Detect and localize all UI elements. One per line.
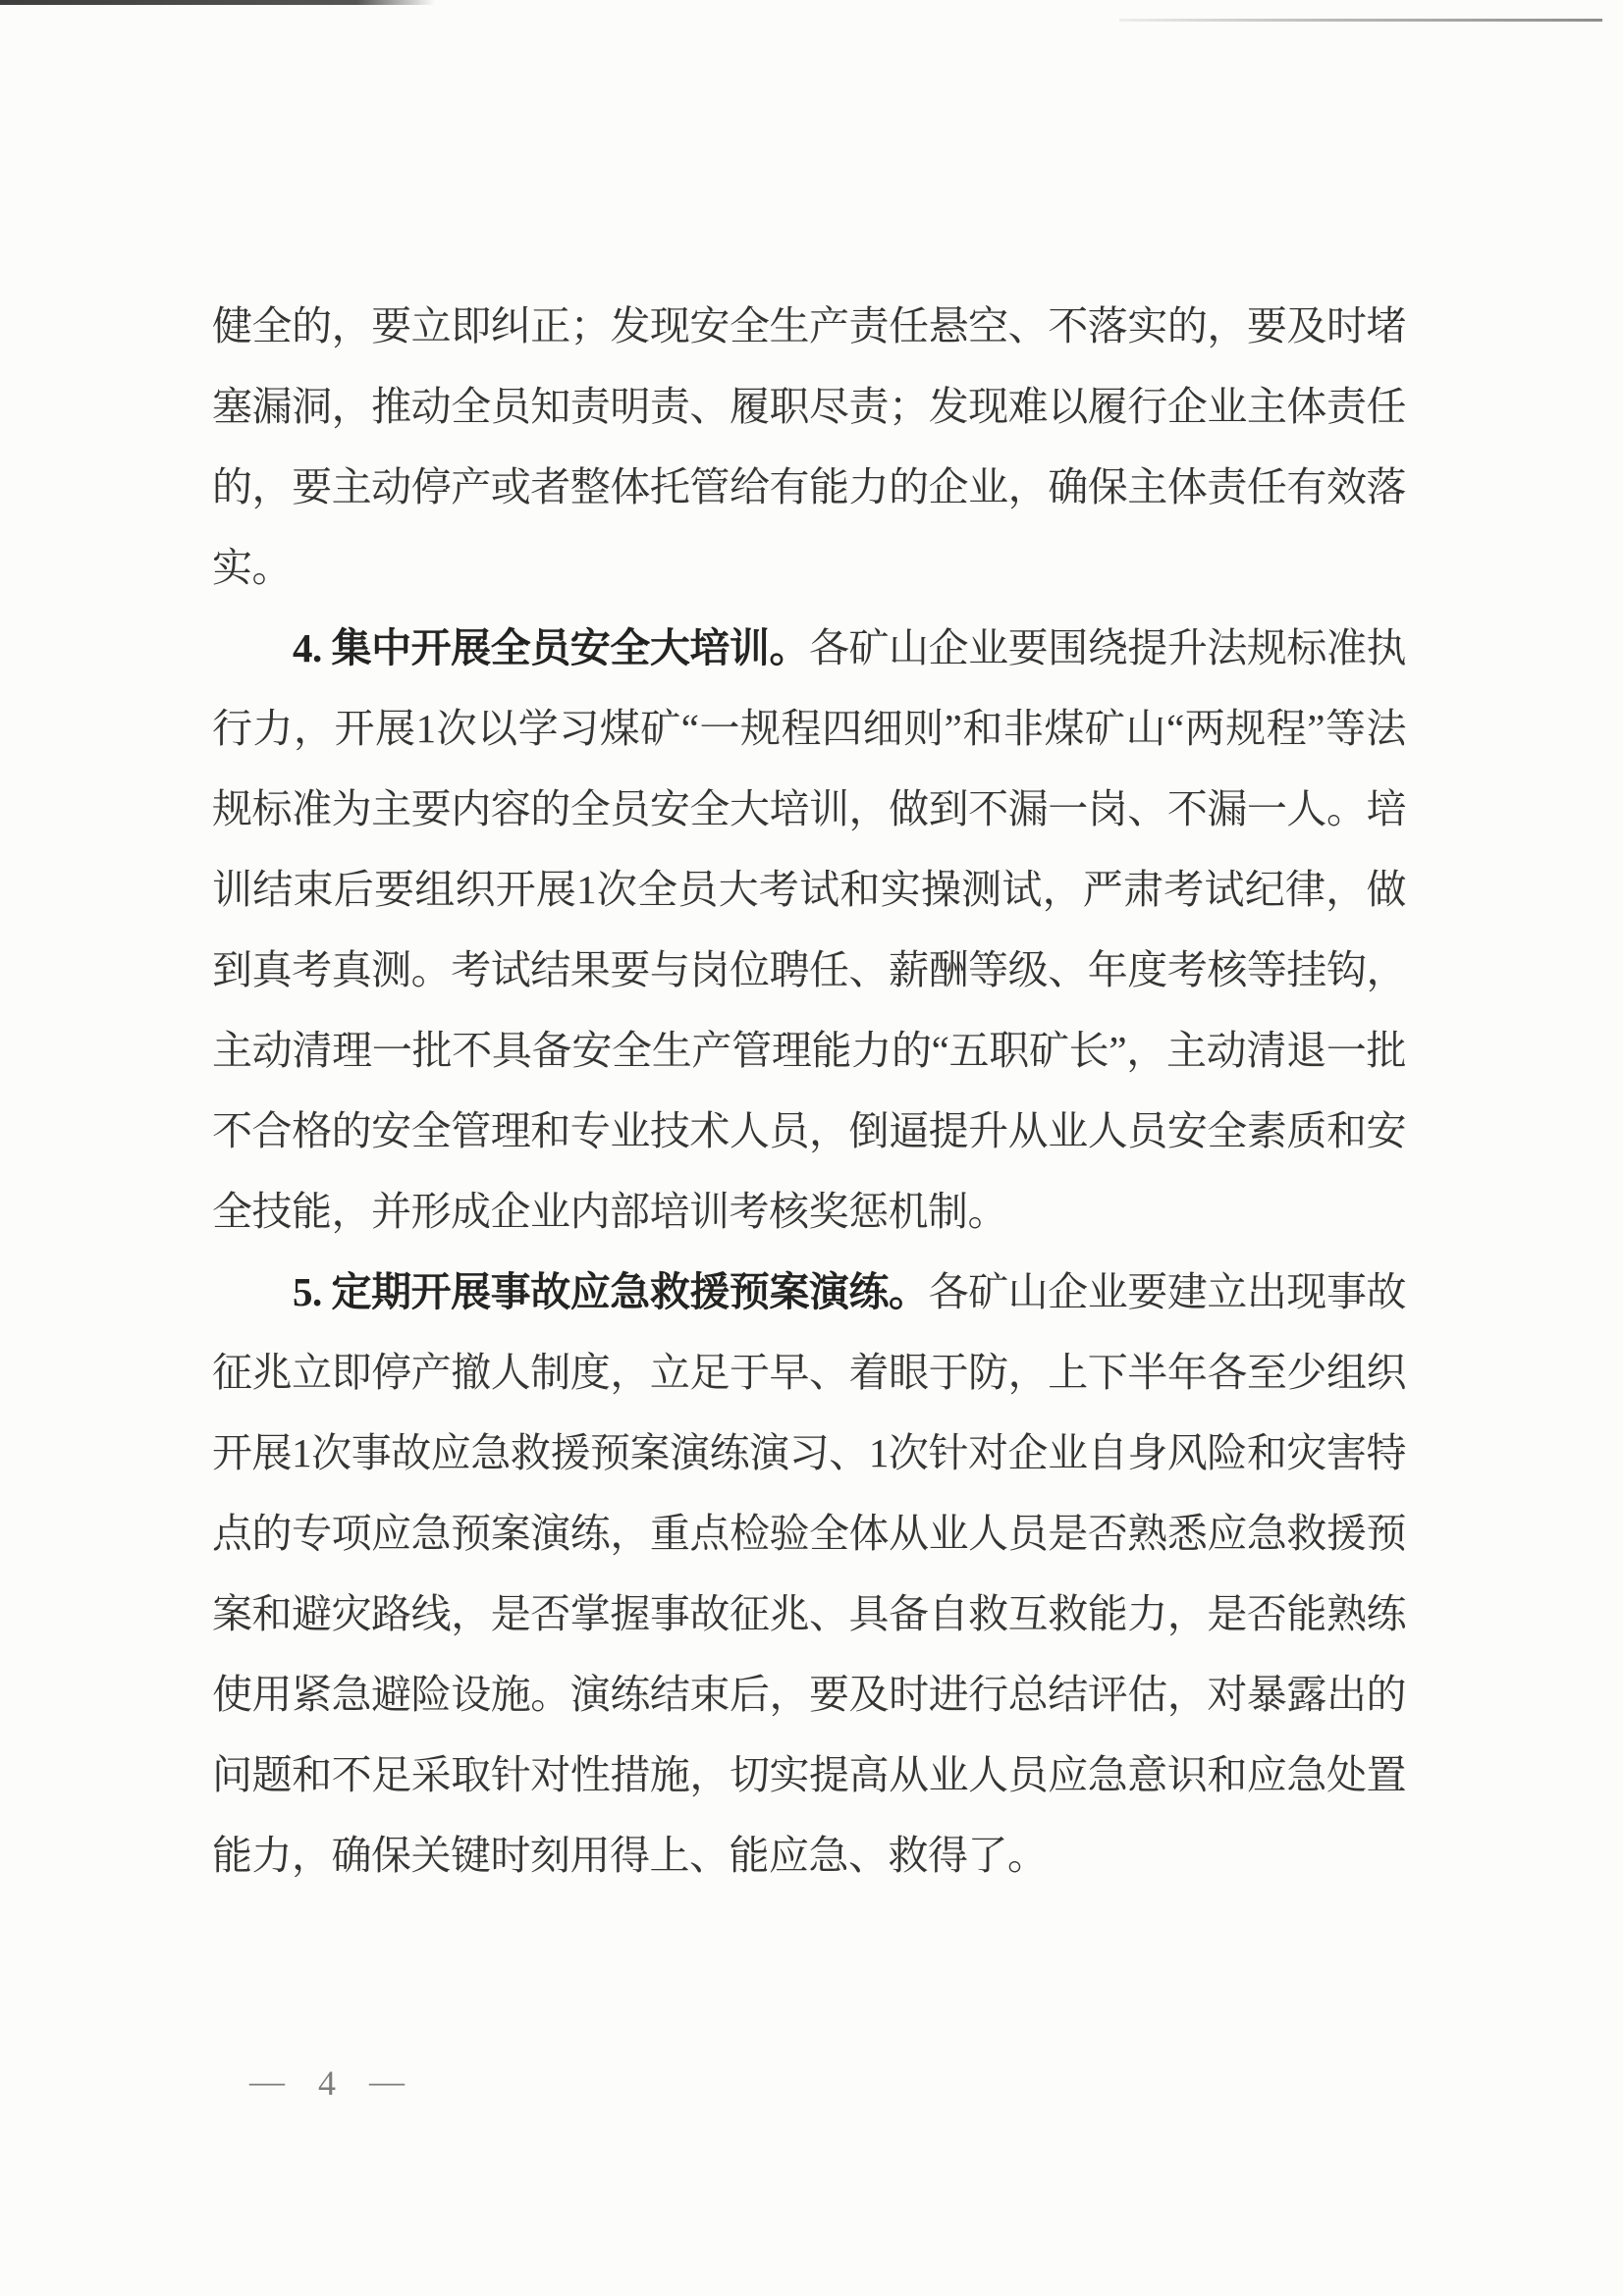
page-number: 4 bbox=[318, 2061, 336, 2105]
paragraph-item-4: 4. 集中开展全员安全大培训。各矿山企业要围绕提升法规标准执行力，开展1次以学习… bbox=[212, 608, 1406, 1252]
document-page: 健全的，要立即纠正；发现安全生产责任悬空、不落实的，要及时堵塞漏洞，推动全员知责… bbox=[0, 0, 1623, 2296]
paragraph-text: 各矿山企业要围绕提升法规标准执行力，开展1次以学习煤矿“一规程四细则”和非煤矿山… bbox=[212, 625, 1406, 1234]
page-footer: — 4 — bbox=[249, 2061, 405, 2105]
paragraph-text: 健全的，要立即纠正；发现安全生产责任悬空、不落实的，要及时堵塞漏洞，推动全员知责… bbox=[212, 303, 1406, 590]
paragraph-lead: 5. 定期开展事故应急救援预案演练。 bbox=[293, 1269, 929, 1314]
scan-artifact-line-top-right bbox=[1119, 19, 1602, 22]
document-body: 健全的，要立即纠正；发现安全生产责任悬空、不落实的，要及时堵塞漏洞，推动全员知责… bbox=[212, 286, 1406, 1896]
paragraph-item-5: 5. 定期开展事故应急救援预案演练。各矿山企业要建立出现事故征兆立即停产撤人制度… bbox=[212, 1252, 1406, 1896]
scan-artifact-line-top-left bbox=[0, 0, 435, 5]
paragraph-text: 各矿山企业要建立出现事故征兆立即停产撤人制度，立足于早、着眼于防，上下半年各至少… bbox=[212, 1269, 1406, 1878]
paragraph-lead: 4. 集中开展全员安全大培训。 bbox=[293, 625, 809, 670]
footer-dash-right: — bbox=[369, 2059, 405, 2103]
paragraph-continuation: 健全的，要立即纠正；发现安全生产责任悬空、不落实的，要及时堵塞漏洞，推动全员知责… bbox=[212, 286, 1406, 608]
footer-dash-left: — bbox=[249, 2059, 285, 2103]
